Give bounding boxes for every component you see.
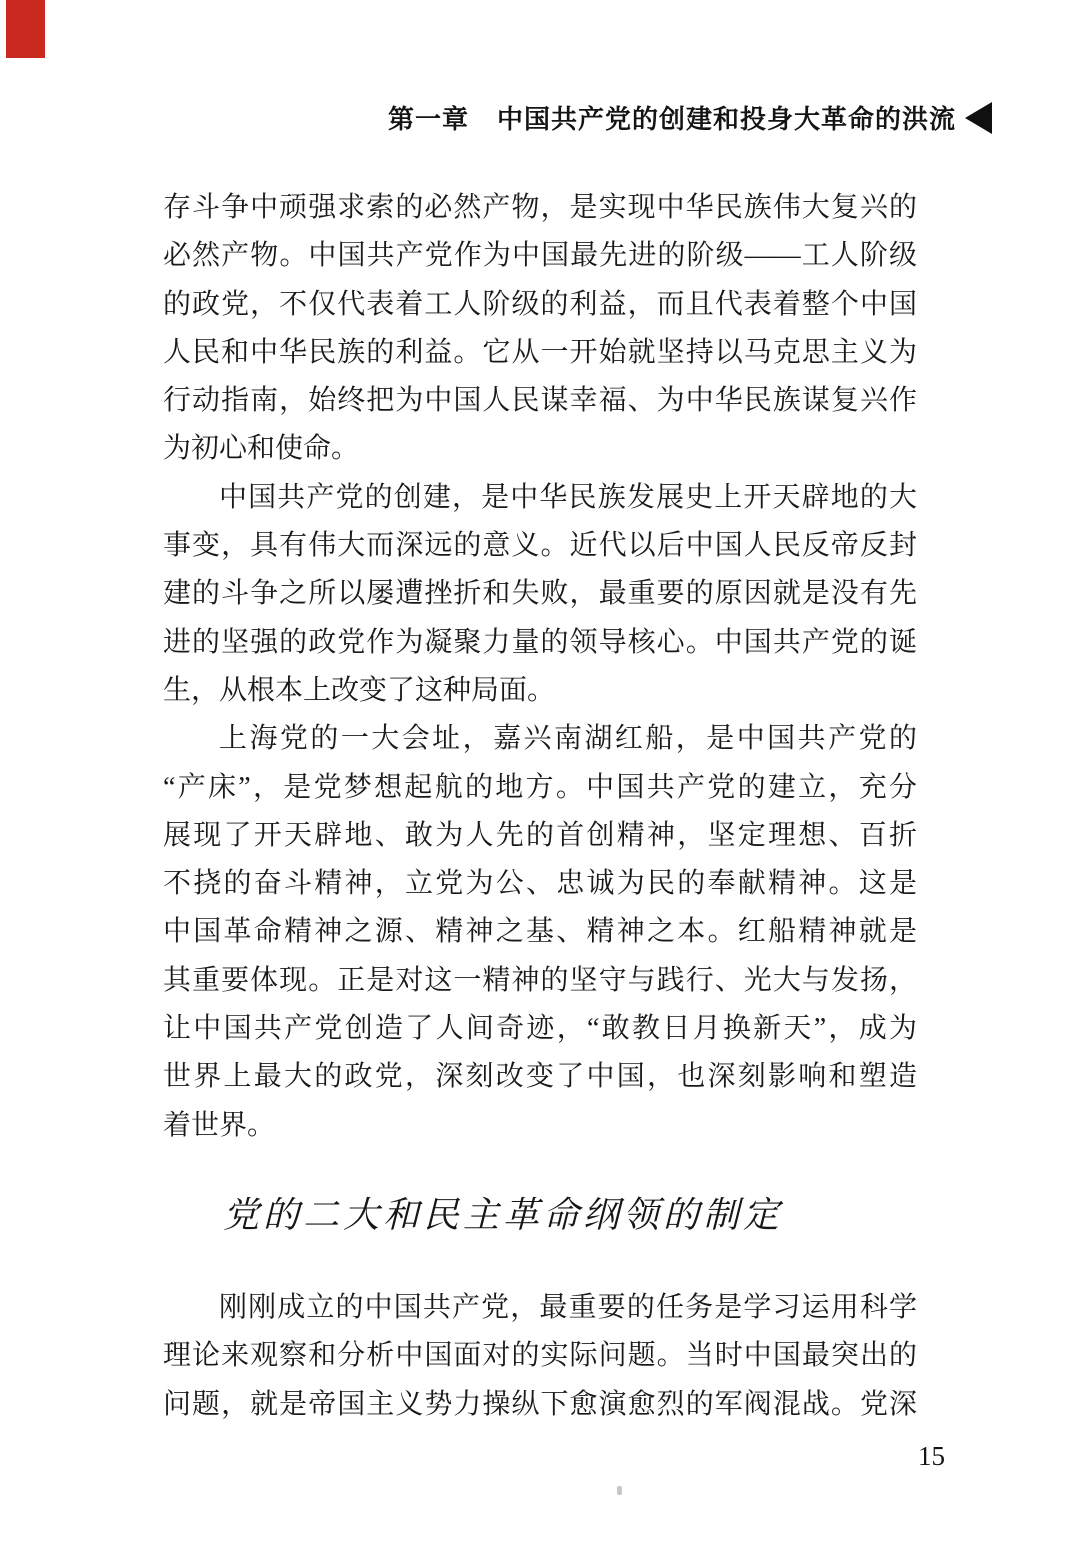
text-line: 着世界。 [163, 1102, 917, 1150]
text-line: 刚刚成立的中国共产党，最重要的任务是学习运用科学 [163, 1284, 917, 1332]
page-header: 第一章 中国共产党的创建和投身大革命的洪流 [388, 99, 992, 136]
text-line: 中国共产党的创建，是中华民族发展史上开天辟地的大 [163, 474, 917, 522]
chapter-marker-triangle-icon [965, 102, 992, 134]
text-line: “产床”，是党梦想起航的地方。中国共产党的建立，充分 [163, 764, 917, 812]
text-line: 事变，具有伟大而深远的意义。近代以后中国人民反帝反封 [163, 522, 917, 570]
text-line: 其重要体现。正是对这一精神的坚守与践行、光大与发扬， [163, 957, 917, 1005]
text-line: 世界上最大的政党，深刻改变了中国，也深刻影响和塑造 [163, 1053, 917, 1101]
text-line: 存斗争中顽强求索的必然产物，是实现中华民族伟大复兴的 [163, 184, 917, 232]
text-line: 为初心和使命。 [163, 425, 917, 473]
body-text-block: 存斗争中顽强求索的必然产物，是实现中华民族伟大复兴的 必然产物。中国共产党作为中… [163, 184, 917, 1429]
text-line: 的政党，不仅代表着工人阶级的利益，而且代表着整个中国 [163, 281, 917, 329]
chapter-number: 第一章 [388, 99, 469, 136]
text-line: 行动指南，始终把为中国人民谋幸福、为中华民族谋复兴作 [163, 377, 917, 425]
red-corner-mark [6, 0, 45, 58]
text-line: 展现了开天辟地、敢为人先的首创精神，坚定理想、百折 [163, 812, 917, 860]
chapter-title: 中国共产党的创建和投身大革命的洪流 [497, 99, 956, 136]
text-line: 上海党的一大会址，嘉兴南湖红船，是中国共产党的 [163, 715, 917, 763]
text-line: 让中国共产党创造了人间奇迹，“敢教日月换新天”，成为 [163, 1005, 917, 1053]
text-line: 中国革命精神之源、精神之基、精神之本。红船精神就是 [163, 908, 917, 956]
book-page: 第一章 中国共产党的创建和投身大革命的洪流 存斗争中顽强求索的必然产物，是实现中… [0, 0, 1080, 1545]
text-line: 进的坚强的政党作为凝聚力量的领导核心。中国共产党的诞 [163, 619, 917, 667]
section-body: 刚刚成立的中国共产党，最重要的任务是学习运用科学 理论来观察和分析中国面对的实际… [163, 1284, 917, 1429]
text-line: 不挠的奋斗精神，立党为公、忠诚为民的奉献精神。这是 [163, 860, 917, 908]
text-line: 人民和中华民族的利益。它从一开始就坚持以马克思主义为 [163, 329, 917, 377]
text-line: 理论来观察和分析中国面对的实际问题。当时中国最突出的 [163, 1332, 917, 1380]
section-heading: 党的二大和民主革命纲领的制定 [223, 1186, 917, 1244]
page-number: 15 [918, 1441, 945, 1472]
scan-artifact-dot [617, 1486, 622, 1495]
text-line: 生，从根本上改变了这种局面。 [163, 667, 917, 715]
text-line: 问题，就是帝国主义势力操纵下愈演愈烈的军阀混战。党深 [163, 1381, 917, 1429]
text-line: 必然产物。中国共产党作为中国最先进的阶级——工人阶级 [163, 232, 917, 280]
text-line: 建的斗争之所以屡遭挫折和失败，最重要的原因就是没有先 [163, 570, 917, 618]
